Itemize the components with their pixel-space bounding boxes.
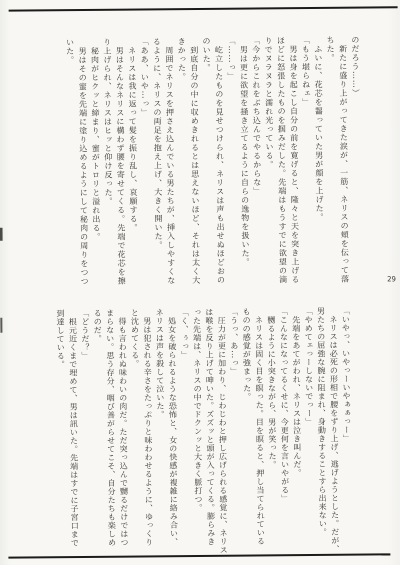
- text-line: 得も言われぬ味わいの肉だ。ただ突っ込んで嬲るだけではつ: [116, 309, 131, 549]
- page-number: 29: [387, 275, 396, 283]
- text-line: 男はその蜜を先端に塗り込めるようにして秘肉の周りをつつ: [76, 38, 91, 290]
- text-line: ネリスは声を殺して泣いた。: [153, 308, 168, 548]
- text-line: 男はそんなネリスに構わず腰を寄せてくる。先端で花芯を擦: [113, 38, 128, 290]
- scan-speck: [0, 228, 3, 241]
- text-line: 「こんなになってるくせに、今更何を言いやがる」: [277, 307, 292, 547]
- text-line: 「うっ、あ…っ」: [227, 308, 242, 548]
- text-line: と沈めてくる。: [128, 309, 143, 549]
- text-line: ほどに怒張したものを掴みだした。先端はもうすでに欲望の滴: [274, 36, 289, 288]
- text-line: 処女を破られるような恐怖と、女の快感が複雑に絡み合い、: [165, 308, 180, 548]
- text-line: 新たに盛り上がってきた涙が、一筋、ネリスの頬を伝って落: [336, 36, 351, 288]
- text-line: 圧力が更に加わり、じわじわと押し広げられる感覚に、ネリス: [215, 308, 230, 548]
- text-line: のだろう……）: [348, 36, 363, 288]
- text-line: ものの感覚が強まった。: [240, 308, 255, 548]
- text-line: 先端をあてがわれ、ネリスは泣き叫んだ。: [289, 307, 304, 547]
- scan-speck: [0, 318, 2, 333]
- text-line: きかった。: [175, 37, 190, 289]
- text-line: 男は身を起こし自分の前を寛げると、隆々と天を突き上げる: [286, 36, 301, 288]
- text-line: り上げられ、ネリスはヒッと仰け反った。: [100, 38, 115, 290]
- text-line: 「く、ぅっ」: [178, 308, 193, 548]
- text-line: 「やめてェっーしないでっー」: [302, 307, 317, 547]
- text-line: 屹立したものを見せつけられ、ネリスは声も出せぬほどおの: [212, 37, 227, 289]
- text-line: るように、ネリスの両足を抱え上げ、大きく開いた。: [150, 37, 165, 289]
- text-line: 男は更に欲望を掻き立てるように自らの逸物を扱いた。: [237, 37, 252, 289]
- text-line: 「……っ」: [224, 37, 239, 289]
- text-line: った先端は、ネリスの中でドクンッと大きく脈打つ。: [190, 308, 205, 548]
- scan-edge-bottom: [8, 553, 390, 558]
- text-line: 到底自分の中に収めきれるとは思えないほど、それは太く大: [187, 37, 202, 289]
- text-line: 嬲るように小突きながら、男が笑った。: [264, 307, 279, 547]
- text-line: 男は犯される辛さをたっぷりと味わわせるように、ゆっくり: [140, 308, 155, 548]
- scanned-book-page: のだろう……） 新たに盛り上がってきた涙が、一筋、ネリスの頬を伝って落ちた。 ふ…: [0, 0, 400, 565]
- text-line: まらない。思う存分、咽び善がらせてこそ、自分たちも楽しめ: [103, 309, 118, 549]
- text-line: 「いやっ、いやっーいやぁぁっー」: [339, 307, 354, 547]
- text-line: 根元近くまで埋めて、男は訊いた。先端はすでに子宮口まで: [66, 309, 81, 549]
- text-line: 周囲でネリスを押さえ込んでいる男たちが、挿入しやすくな: [162, 37, 177, 289]
- text-line: 「ああ、いや…っ」: [138, 37, 153, 289]
- scan-tilt-wrapper: のだろう……） 新たに盛り上がってきた涙が、一筋、ネリスの頬を伝って落ちた。 ふ…: [0, 0, 400, 565]
- text-line: ネリスは必死の形相で腰をずり上げ、逃げようとした。だが、: [326, 307, 341, 547]
- text-block-top: のだろう……） 新たに盛り上がってきた涙が、一筋、ネリスの頬を伝って落ちた。 ふ…: [63, 36, 363, 291]
- text-line: 「どうだ？」: [78, 309, 93, 549]
- scan-edge-top: [9, 6, 398, 11]
- text-line: 「今からこれをぶち込んでやるからな」: [249, 36, 264, 288]
- text-line: 男たちの屈強な腕に阻まれ、身動きすることすら出来ない。: [314, 307, 329, 547]
- text-block-bottom: 「いやっ、いやっーいやぁぁっー」 ネリスは必死の形相で腰をずり上げ、逃げようとし…: [53, 307, 353, 550]
- text-line: ネリスは我に返って髪を振り乱し、哀願する。: [125, 38, 140, 290]
- text-line: ふいに、花芯を齧っていた男が顔を上げた。: [311, 36, 326, 288]
- text-line: は喉を反り上げて呻いた。ズズッと頭が入ってくる。膨らみき: [202, 308, 217, 548]
- text-line: 到達している。: [53, 309, 68, 549]
- text-line: ネリスは固く目を瞑った。目を瞑ると、押し当てられている: [252, 307, 267, 547]
- text-line: りでヌラヌラと濡れ光っている。: [262, 36, 277, 288]
